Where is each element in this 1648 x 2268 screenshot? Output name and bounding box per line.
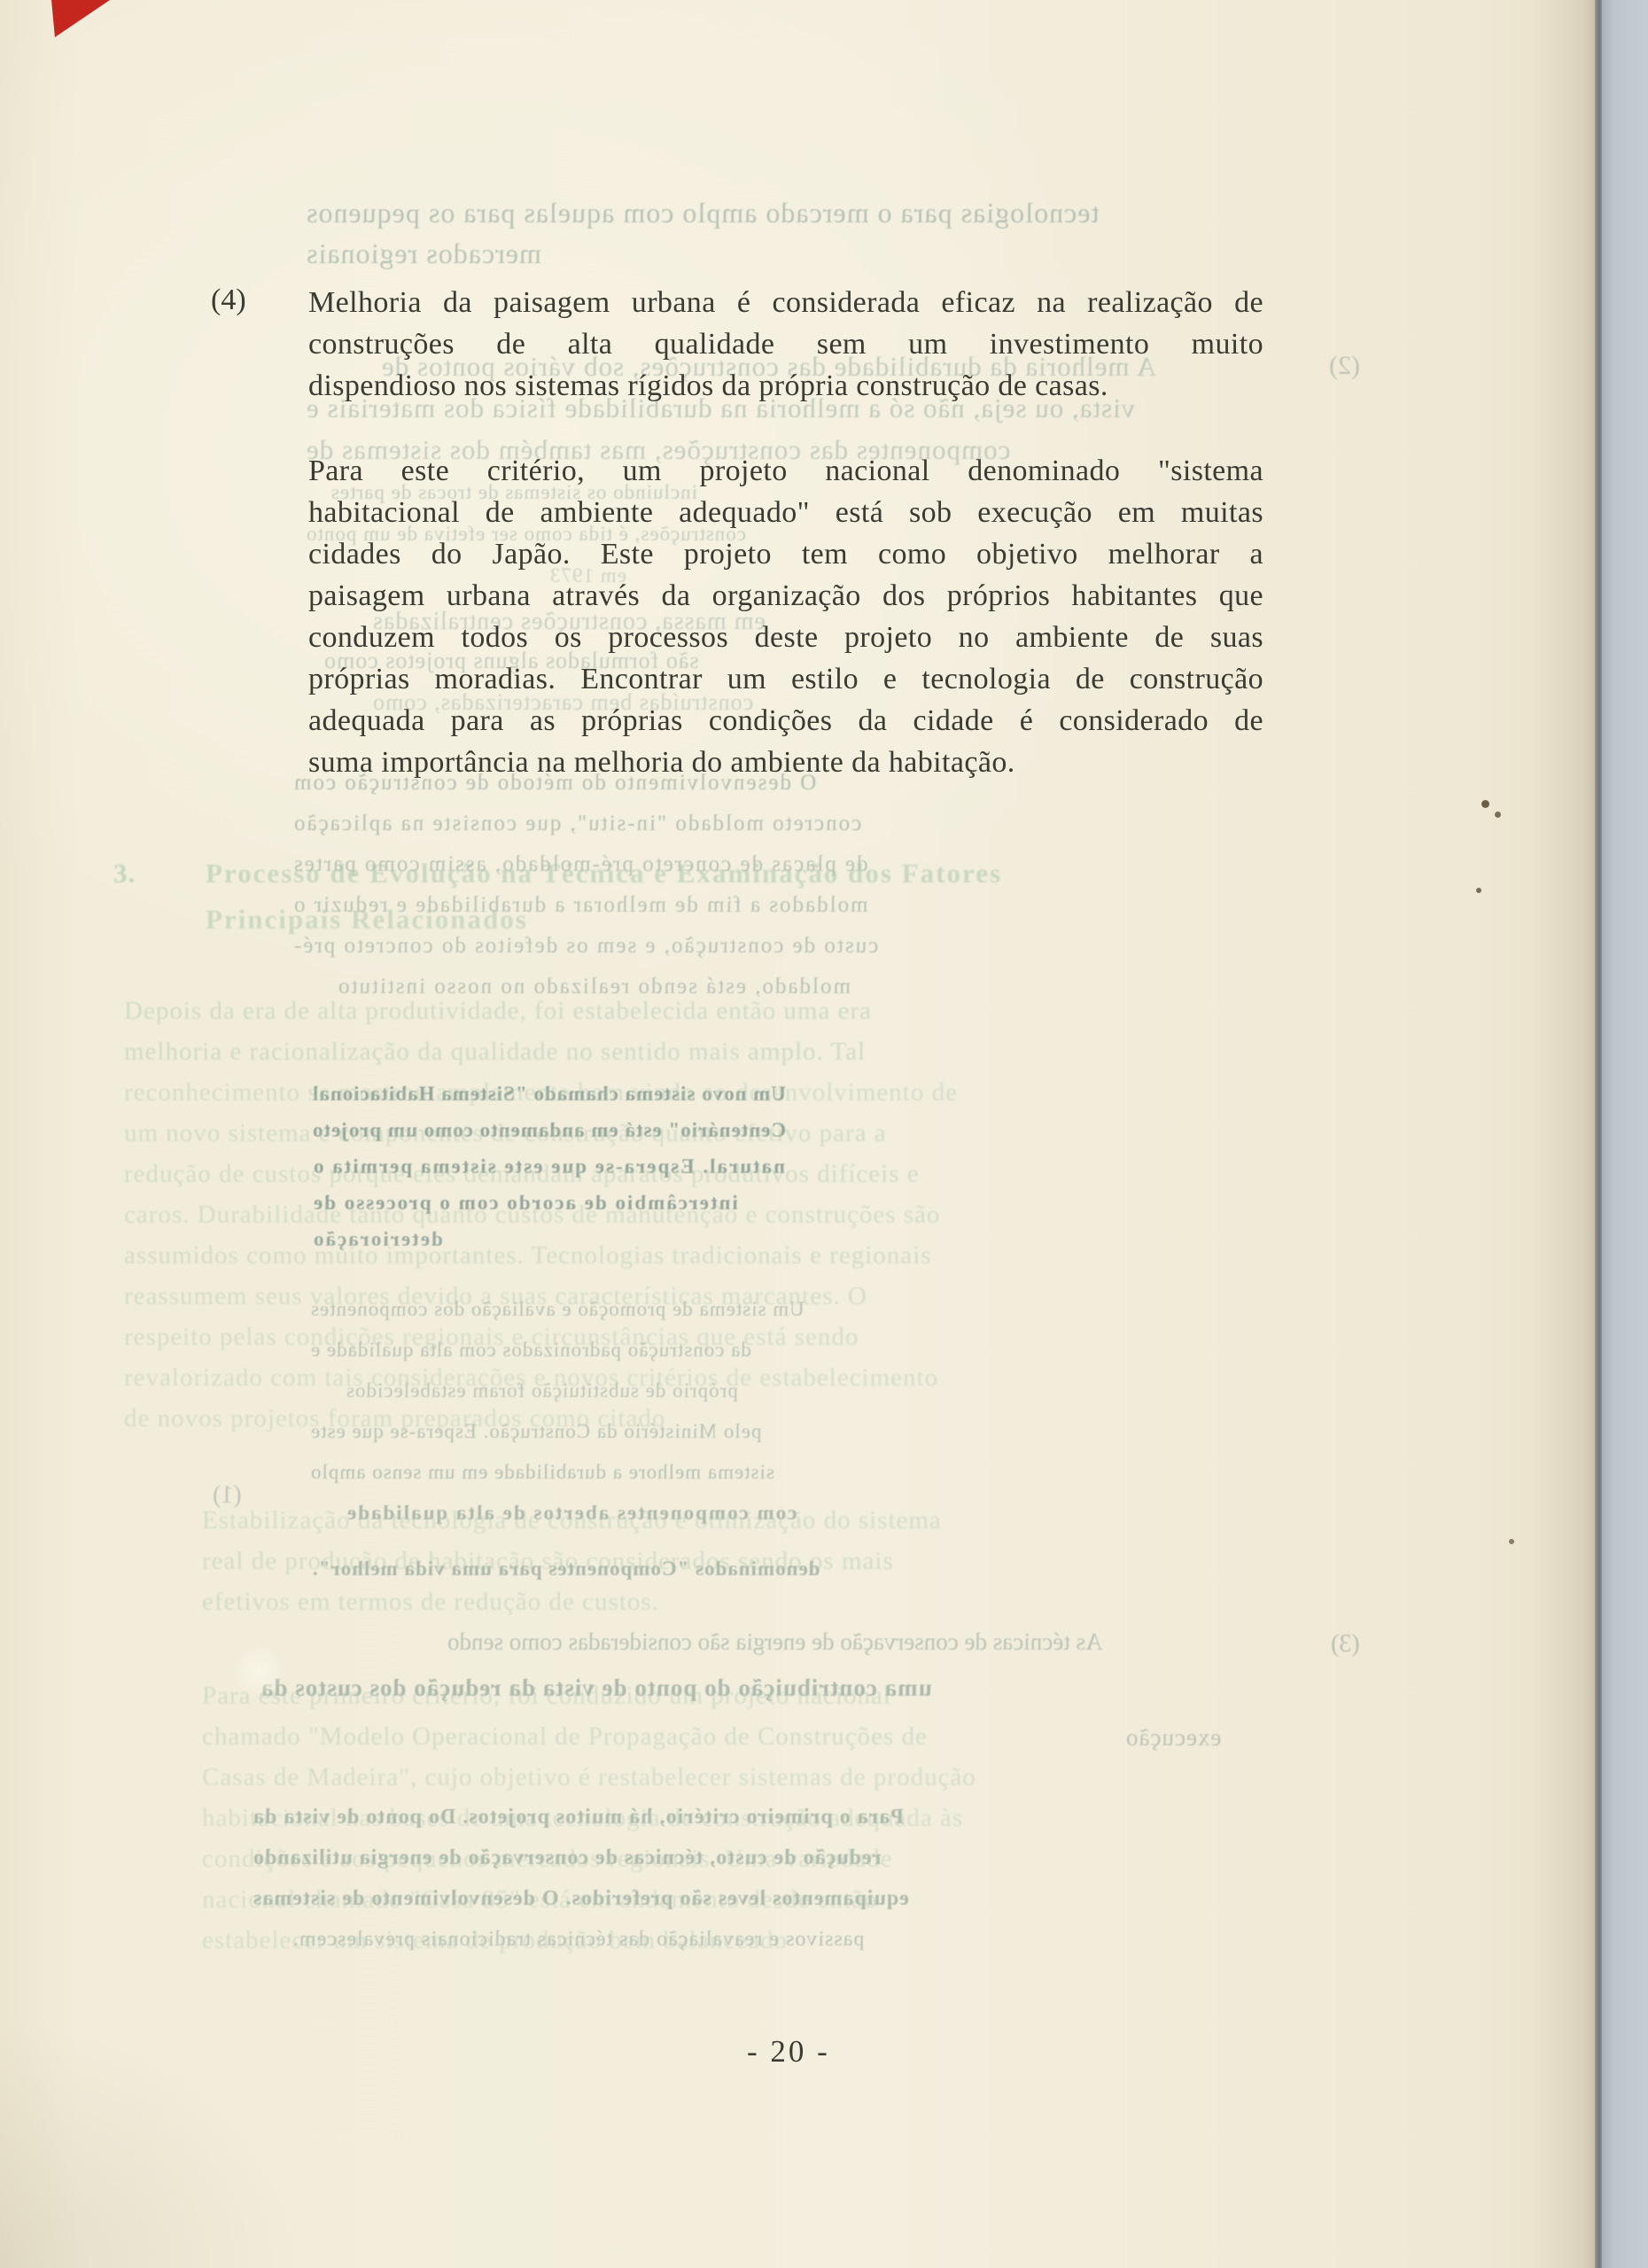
paper-light-spot [232,1644,285,1697]
dust-speck [1495,812,1501,818]
page-edge-line [1595,0,1602,2268]
dust-speck [1481,800,1489,808]
scanner-bed-strip [1602,0,1648,2268]
dust-speck-layer [0,0,1600,2268]
dust-speck [1509,1539,1514,1544]
scanned-page: tecnologias para o mercado amplo com aqu… [0,0,1648,2268]
page-paper: tecnologias para o mercado amplo com aqu… [0,0,1600,2268]
page-edge-shadow [1533,0,1595,2268]
dust-speck [1476,888,1481,893]
